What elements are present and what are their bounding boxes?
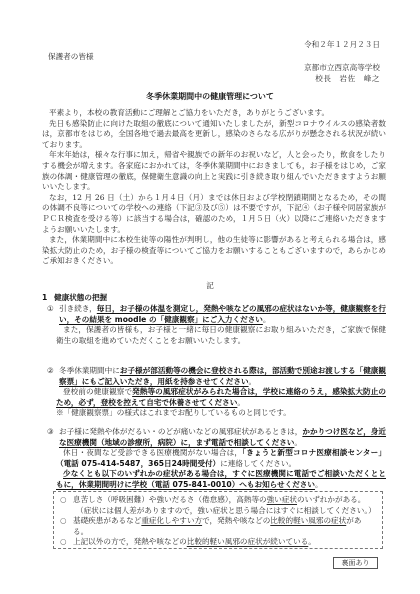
symptom-box: ○ 息苦しさ（呼吸困難）や強いだるさ（倦怠感），高熱等の強い症状のいずれかがある… xyxy=(53,491,383,549)
date: 令和２年１２月２３日 xyxy=(304,40,380,51)
symptom-text: 上記以外の方で，発熱や咳などの xyxy=(73,537,187,546)
symptom-emphasis: 比較的軽い風邪の症状が続いている xyxy=(187,537,309,546)
paragraph: なお，12 月 26 日（土）から１月４日（月）までは休日および学校閉鎖期間とな… xyxy=(42,193,386,235)
item-sub-text: 休日・夜間など受診できる医療機関がない場合は，「きょうと新型コロナ医療相談センタ… xyxy=(47,448,386,469)
document-title: 冬季休業期間中の健康管理について xyxy=(0,92,420,103)
sub-lead: 休日・夜間など受診できる医療機関がない場合は， xyxy=(63,448,242,457)
body-paragraphs: 平素より，本校の教育活動にご理解とご協力をいただき，ありがとうございます。 先日… xyxy=(42,108,386,267)
item-note: ※「健康観察票」の様式はこれまでお配りしているものと同じです。 xyxy=(47,408,386,419)
urgent-tail: 。 xyxy=(315,480,323,489)
symptom-text: 。 xyxy=(308,537,316,546)
school-name: 京都市立西京高等学校 xyxy=(304,63,380,74)
circle-bullet-icon: ○ xyxy=(60,537,73,548)
symptom-text: のいずれかがある。 xyxy=(297,495,365,504)
symptom-emphasis: 重症化しやすい方 xyxy=(141,516,202,525)
item-1: ① 引き続き，毎日，お子様の体温を測定し，発熱や咳などの風邪の症状はないか等，健… xyxy=(47,304,386,346)
circle-bullet-icon: ○ xyxy=(60,516,73,537)
item-emphasis: 毎日，お子様の体温を測定し，発熱や咳などの風邪の症状はないか等，健康観察を行い，… xyxy=(59,304,386,324)
symptom-emphasis: 強い症状 xyxy=(267,495,297,504)
sub-lead: 登校前の健康観察で xyxy=(63,387,132,396)
item-sub-text: 登校前の健康観察で発熱等の風邪症状がみられた場合は，学校に連絡のうえ，感染拡大防… xyxy=(47,387,386,408)
section-title: 健康状態の把握 xyxy=(54,293,107,302)
item-lead: 引き続き， xyxy=(59,304,97,313)
principal-name: 校長 岩佐 峰之 xyxy=(315,74,380,85)
urgent-text: 少なくとも以下のいずれかの症状がある場合は，すぐに医療機関に電話でご相談いただく… xyxy=(56,469,386,489)
urgent-notice: 少なくとも以下のいずれかの症状がある場合は，すぐに医療機関に電話でご相談いただく… xyxy=(47,469,386,490)
paragraph: また，休業期間中に本校生徒等の陽性が判明し，他の生徒等に影響があると考えられる場… xyxy=(42,235,386,267)
item-tail: 。 xyxy=(263,315,271,324)
see-reverse-note: 裏面あり xyxy=(333,557,378,569)
item-mark: ③ xyxy=(47,427,59,448)
symptom-item: ○ 息苦しさ（呼吸困難）や強いだるさ（倦怠感），高熱等の強い症状のいずれかがある… xyxy=(60,495,376,506)
item-sub-text: また，保護者の皆様も，お子様と一緒に毎日の健康観察にお取り組みいただき，ご家族で… xyxy=(47,325,386,346)
symptom-text: で，発熱や咳などの xyxy=(202,516,270,525)
item-lead: 冬季休業期間中に xyxy=(59,366,120,375)
section-number: 1 xyxy=(42,293,54,304)
symptom-item: ○ 上記以外の方で，発熱や咳などの比較的軽い風邪の症状が続いている。 xyxy=(60,537,376,548)
symptom-text: 息苦しさ（呼吸困難）や強いだるさ（倦怠感），高熱等の xyxy=(73,495,267,504)
sub-tail: に連絡してください。 xyxy=(220,459,296,468)
symptom-emphasis: 比較的軽い風邪の症状 xyxy=(270,516,346,525)
ki-marker: 記 xyxy=(0,281,420,292)
paragraph: 年末年始は，様々な行事に加え，帰省や親族での新年のお祝いなど，人と会ったり，飲食… xyxy=(42,150,386,192)
paragraph: 平素より，本校の教育活動にご理解とご協力をいただき，ありがとうございます。 xyxy=(42,108,386,119)
addressee: 保護者の皆様 xyxy=(48,52,94,63)
symptom-text: 基礎疾患があるなど xyxy=(73,516,141,525)
paragraph: 先日も感染防止に向けた取組の徹底について通知いたしましたが，新型コロナウイルスの… xyxy=(42,119,386,151)
circle-bullet-icon: ○ xyxy=(60,495,73,506)
item-2: ② 冬季休業期間中にお子様が部活動等の機会に登校される際は，部活動で別途お渡しす… xyxy=(47,366,386,419)
item-mark: ① xyxy=(47,304,59,325)
symptom-item: ○ 基礎疾患があるなど重症化しやすい方で，発熱や咳などの比較的軽い風邪の症状があ… xyxy=(60,516,376,537)
item-3: ③ お子様に発熱や体がだるい・のどが痛いなどの風邪症状があるときは，かかりつけ医… xyxy=(47,427,386,491)
section-heading: 1健康状態の把握 xyxy=(42,293,107,304)
sub-tail: 。 xyxy=(237,398,245,407)
item-tail: 。 xyxy=(249,377,257,386)
symptom-note: （症状には個人差がありますので，強い症状と思う場合にはすぐに相談してください。） xyxy=(60,506,376,517)
item-tail: 。 xyxy=(294,438,302,447)
item-mark: ② xyxy=(47,366,59,387)
item-lead: お子様に発熱や体がだるい・のどが痛いなどの風邪症状があるときは， xyxy=(59,427,302,436)
